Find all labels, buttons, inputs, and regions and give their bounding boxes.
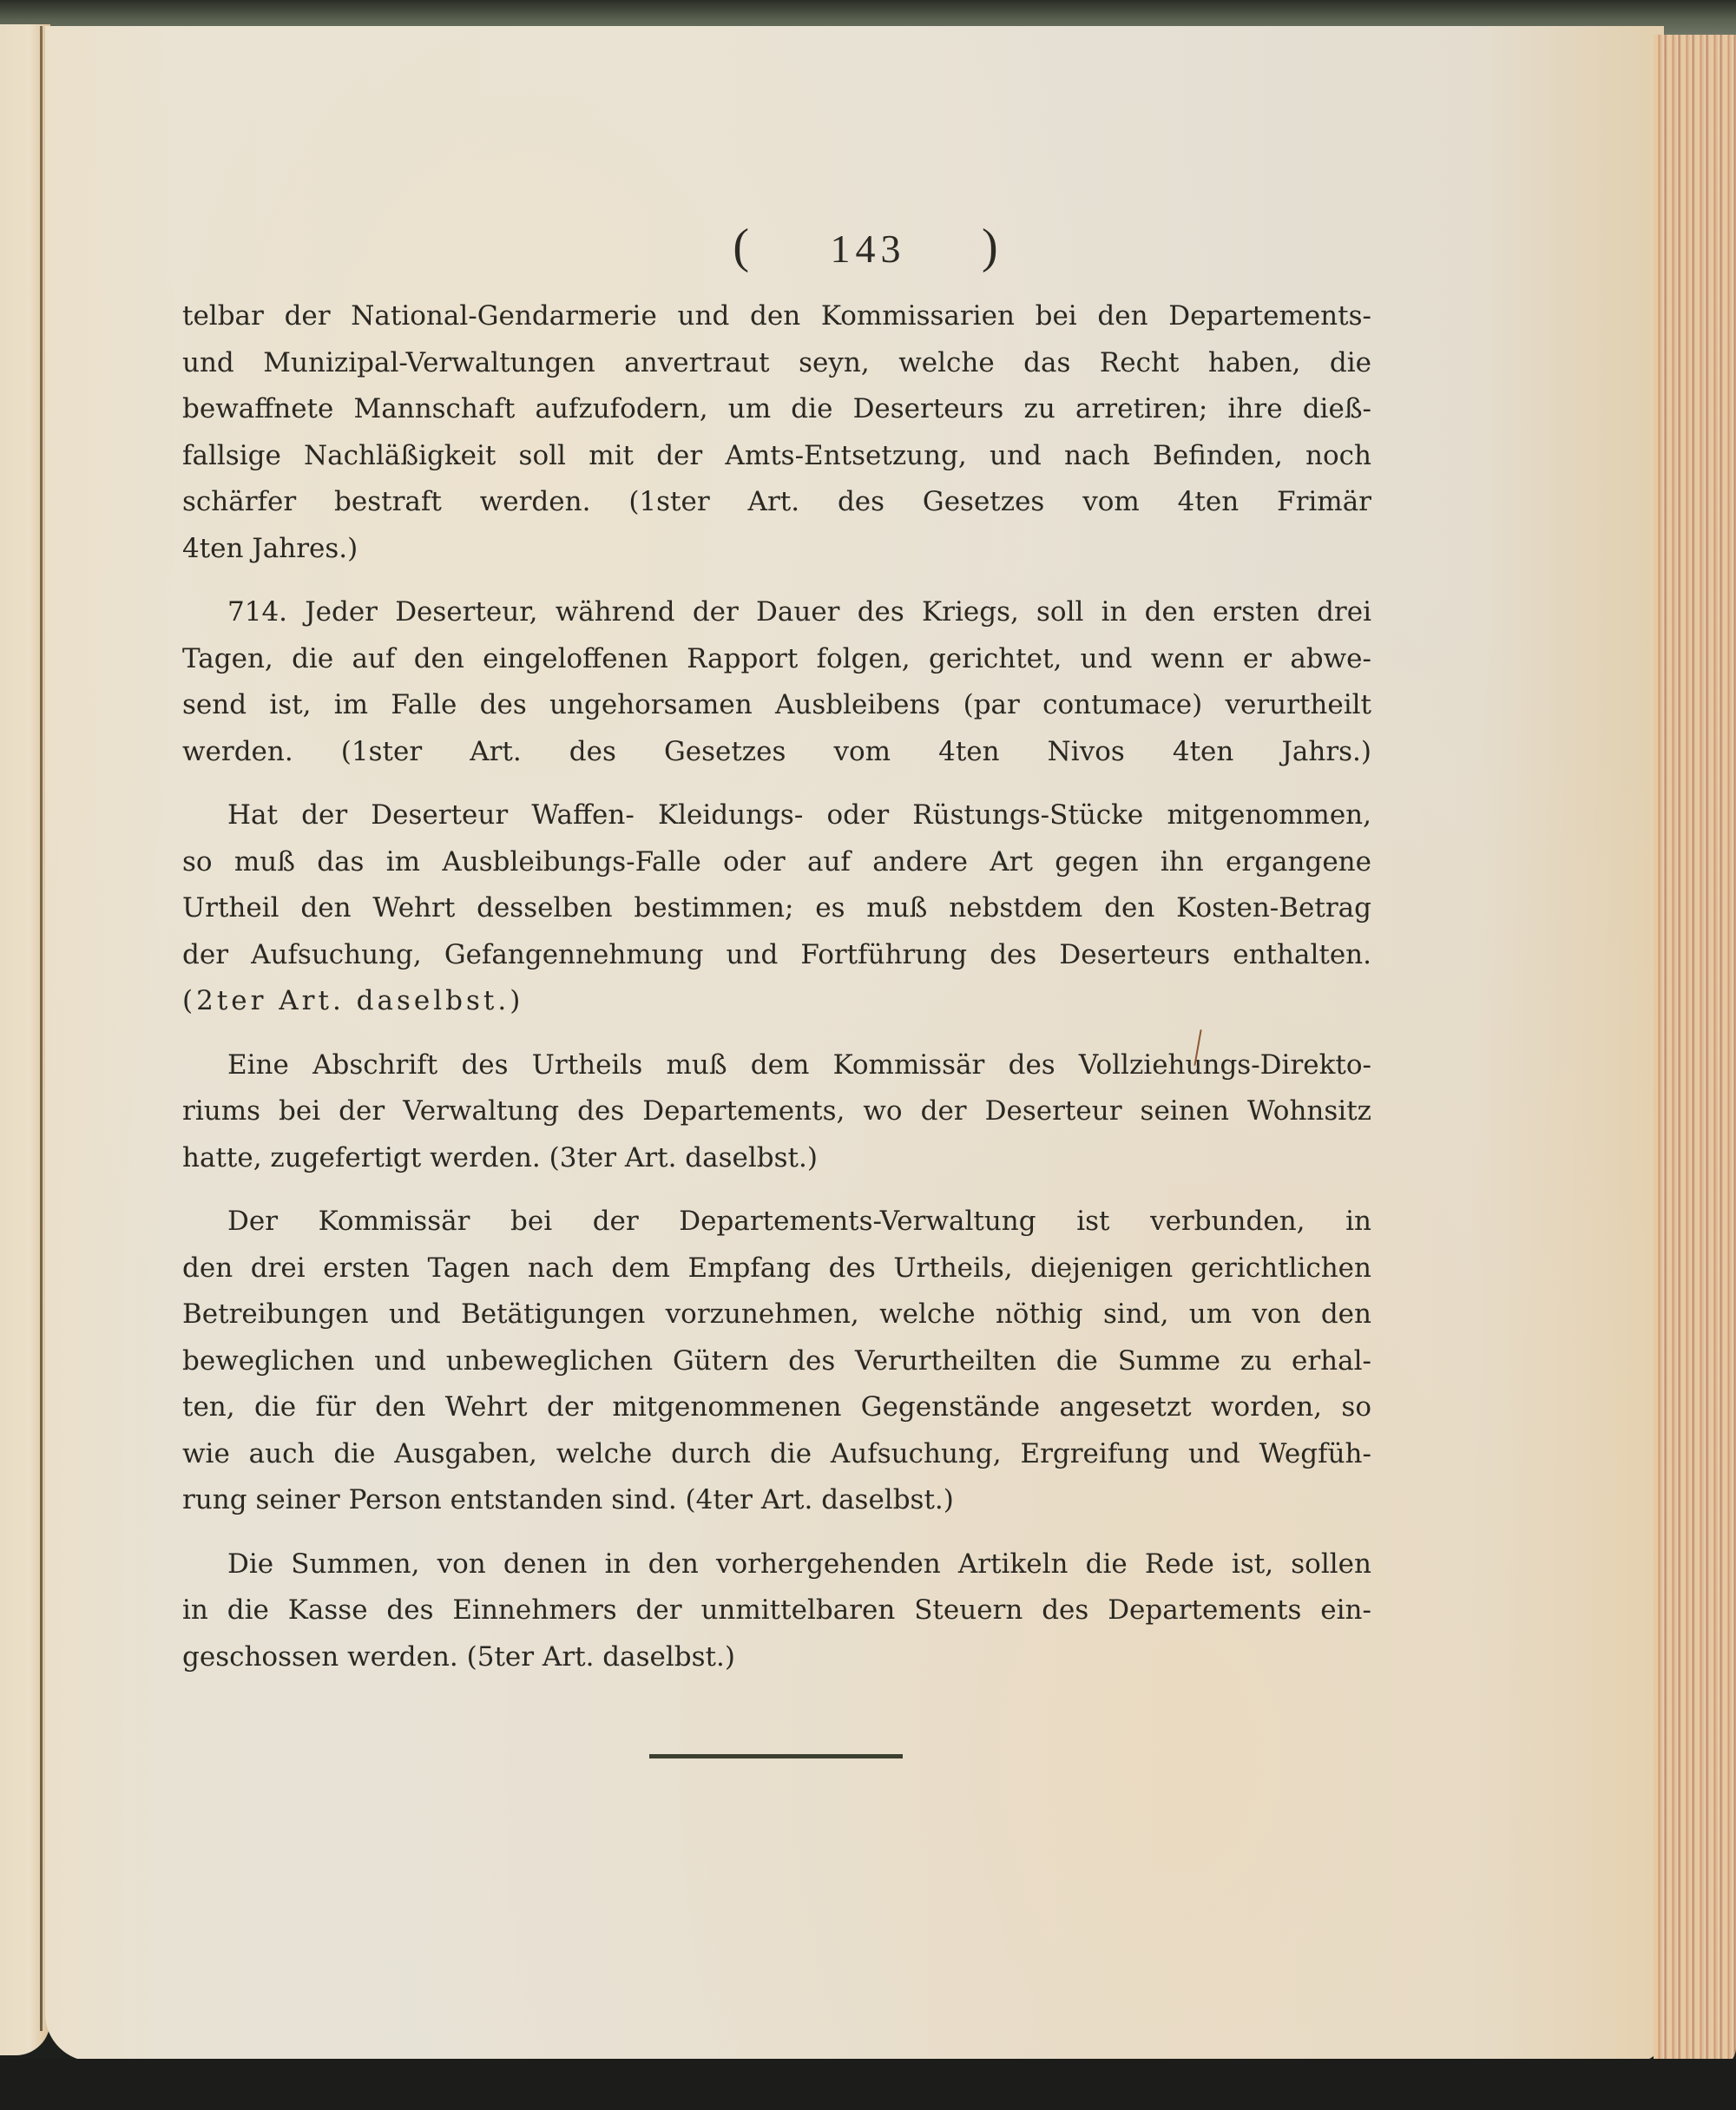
text-line: den drei ersten Tagen nach dem Empfang d… <box>182 1246 1371 1292</box>
paragraph-copy-of-judgment: Eine Abschrift des Urtheils muß dem Komm… <box>182 1042 1371 1182</box>
text-line: 4ten Jahres.) <box>182 526 1371 573</box>
text-line: Urtheil den Wehrt desselben bestimmen; e… <box>182 885 1371 932</box>
text-line: riums bei der Verwaltung des Departement… <box>182 1088 1371 1135</box>
text-line: geschossen werden. (5ter Art. daselbst.) <box>182 1634 1371 1681</box>
scan-bottom-shadow <box>0 2059 1736 2110</box>
text-line: Hat der Deserteur Waffen- Kleidungs- ode… <box>182 792 1371 839</box>
text-line: (2ter Art. daselbst.) <box>182 978 1371 1025</box>
paragraph-weapons: Hat der Deserteur Waffen- Kleidungs- ode… <box>182 792 1371 1025</box>
text-line: fallsige Nachläßigkeit soll mit der Amts… <box>182 433 1371 480</box>
body-text: telbar der National-Gendarmerie und den … <box>182 293 1371 1680</box>
text-line: 714. Jeder Deserteur, während der Dauer … <box>182 589 1371 636</box>
text-line: telbar der National-Gendarmerie und den … <box>182 293 1371 340</box>
page-number: ( 143 ) <box>0 219 1736 274</box>
page-number-value: 143 <box>831 227 906 271</box>
text-line: werden. (1ster Art. des Gesetzes vom 4te… <box>182 729 1371 776</box>
paragraph-commissioner: Der Kommissär bei der Departements-Verwa… <box>182 1199 1371 1524</box>
text-line: beweglichen und unbeweglichen Gütern des… <box>182 1338 1371 1385</box>
text-line: und Munizipal-Verwaltungen anvertraut se… <box>182 340 1371 387</box>
paragraph-continuation: telbar der National-Gendarmerie und den … <box>182 293 1371 572</box>
page-fore-edge <box>1654 35 1736 2066</box>
text-line: der Aufsuchung, Gefangennehmung und Fort… <box>182 932 1371 979</box>
paragraph-sums: Die Summen, von denen in den vorhergehen… <box>182 1541 1371 1681</box>
text-line: rung seiner Person entstanden sind. (4te… <box>182 1477 1371 1524</box>
text-line: Betreibungen und Betätigungen vorzunehme… <box>182 1292 1371 1338</box>
text-line: hatte, zugefertigt werden. (3ter Art. da… <box>182 1135 1371 1182</box>
page-number-open-paren: ( <box>733 220 754 273</box>
page-number-close-paren: ) <box>982 220 1003 273</box>
text-line: wie auch die Ausgaben, welche durch die … <box>182 1431 1371 1478</box>
text-line: so muß das im Ausbleibungs-Falle oder au… <box>182 839 1371 886</box>
text-line: send ist, im Falle des ungehorsamen Ausb… <box>182 682 1371 729</box>
text-line: schärfer bestraft werden. (1ster Art. de… <box>182 479 1371 526</box>
section-end-rule <box>649 1754 903 1758</box>
text-line: Die Summen, von denen in den vorhergehen… <box>182 1541 1371 1588</box>
text-line: Der Kommissär bei der Departements-Verwa… <box>182 1199 1371 1246</box>
gutter-crease <box>40 26 43 2031</box>
text-line: bewaffnete Mannschaft aufzufodern, um di… <box>182 386 1371 433</box>
facing-page-edge <box>0 24 50 2055</box>
text-line: in die Kasse des Einnehmers der unmittel… <box>182 1587 1371 1634</box>
paragraph-article-714: 714. Jeder Deserteur, während der Dauer … <box>182 589 1371 775</box>
text-line: Tagen, die auf den eingeloffenen Rapport… <box>182 636 1371 683</box>
text-line: ten, die für den Wehrt der mitgenommenen… <box>182 1384 1371 1431</box>
